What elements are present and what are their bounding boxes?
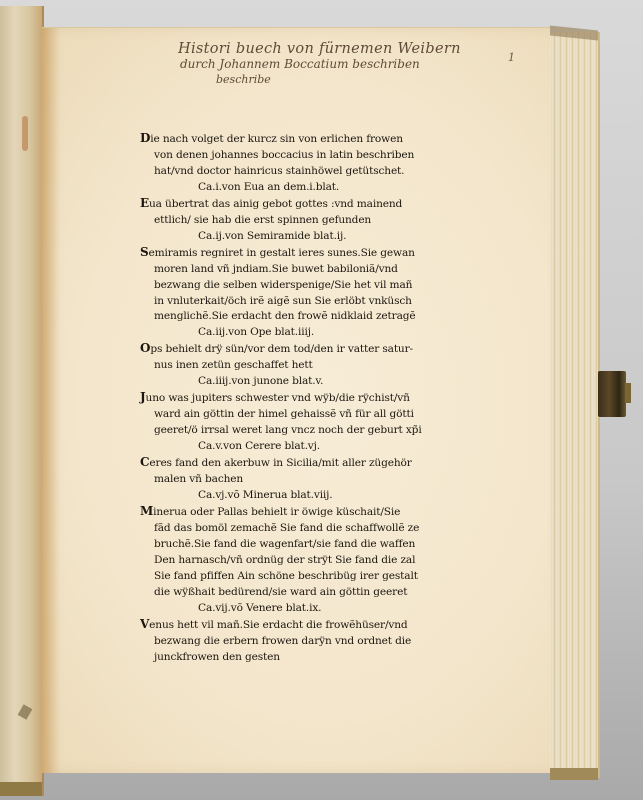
text-line: Ops behielt drÿ sün/vor dem tod/den ir v…: [140, 341, 425, 358]
chapter-heading: Ca.i.von Eua an dem.i.blat.: [140, 180, 425, 196]
text-line: ettlich/ sie hab die erst spinnen gefund…: [140, 213, 425, 229]
text-line: geeret/ö irrsal weret lang vncz noch der…: [140, 423, 425, 439]
cover-bottom-edge: [0, 782, 42, 796]
text-line: hat/vnd doctor hainricus stainhöwel getü…: [140, 164, 425, 180]
text-line: Juno was jupiters schwester vnd wÿb/die …: [140, 390, 425, 407]
printed-table-of-contents: Die nach volget der kurcz sin von erlich…: [140, 131, 425, 665]
text-line: in vnluterkait/öch irẽ aigẽ sun Sie erlö…: [140, 294, 425, 310]
water-stain: [22, 116, 28, 151]
metal-clasp: [598, 371, 626, 417]
text-line: moren land vñ jndiam.Sie buwet babiloniã…: [140, 262, 425, 278]
handwritten-title-note: Histori buech von fürnemen Weibern durch…: [178, 42, 508, 87]
text-line: junckfrowen den gesten: [140, 650, 425, 666]
text-line: nus inen zetün geschaffet hett: [140, 358, 425, 374]
chapter-heading: Ca.iiij.von junone blat.v.: [140, 374, 425, 390]
text-line: Eua übertrat das ainig gebot gottes :vnd…: [140, 196, 425, 213]
chapter-heading: Ca.vj.võ Minerua blat.viij.: [140, 488, 425, 504]
cover-bottom-corner: [550, 768, 598, 780]
text-line: von denen johannes boccacius in latin be…: [140, 148, 425, 164]
folio-number: 1: [508, 51, 515, 64]
damage-mark: [18, 704, 33, 719]
text-line: Minerua oder Pallas behielt ir öwige küs…: [140, 504, 425, 521]
text-line: Ceres fand den akerbuw in Sicilia/mit al…: [140, 455, 425, 472]
text-line: bezwang die selben widerspenige/Sie het …: [140, 278, 425, 294]
chapter-heading: Ca.iij.von Ope blat.iiij.: [140, 325, 425, 341]
text-line: Den harnasch/vñ ordnüg der strÿt Sie fan…: [140, 553, 425, 569]
chapter-heading: Ca.vij.võ Venere blat.ix.: [140, 601, 425, 617]
handwritten-line: durch Johannem Boccatium beschriben: [178, 57, 508, 72]
handwritten-line: beschribe: [178, 72, 508, 87]
chapter-heading: Ca.v.von Cerere blat.vj.: [140, 439, 425, 455]
page-edges-fore-edge: [550, 32, 600, 778]
book-cover-spine-left: [0, 6, 44, 796]
text-line: bezwang die erbern frowen darÿn vnd ordn…: [140, 634, 425, 650]
gutter-stain: [42, 28, 60, 773]
text-line: bruchẽ.Sie fand die wagenfart/sie fand d…: [140, 537, 425, 553]
text-line: menglichẽ.Sie erdacht den frowẽ nidklaid…: [140, 309, 425, 325]
clasp-tab: [625, 383, 631, 403]
text-line: fãd das bomöl zemachẽ Sie fand die schaf…: [140, 521, 425, 537]
text-line: Die nach volget der kurcz sin von erlich…: [140, 131, 425, 148]
text-line: Sie fand pfiffen Ain schöne beschribüg i…: [140, 569, 425, 585]
chapter-heading: Ca.ij.von Semiramide blat.ij.: [140, 229, 425, 245]
cover-top-corner: [550, 25, 598, 40]
text-line: Venus hett vil mañ.Sie erdacht die frowẽ…: [140, 617, 425, 634]
text-line: ward ain göttin der himel gehaissẽ vñ fü…: [140, 407, 425, 423]
text-line: malen vñ bachen: [140, 472, 425, 488]
text-line: die wÿßhait bedürend/sie ward ain göttin…: [140, 585, 425, 601]
text-line: Semiramis regniret in gestalt ieres sune…: [140, 245, 425, 262]
handwritten-line: Histori buech von fürnemen Weibern: [178, 42, 508, 57]
